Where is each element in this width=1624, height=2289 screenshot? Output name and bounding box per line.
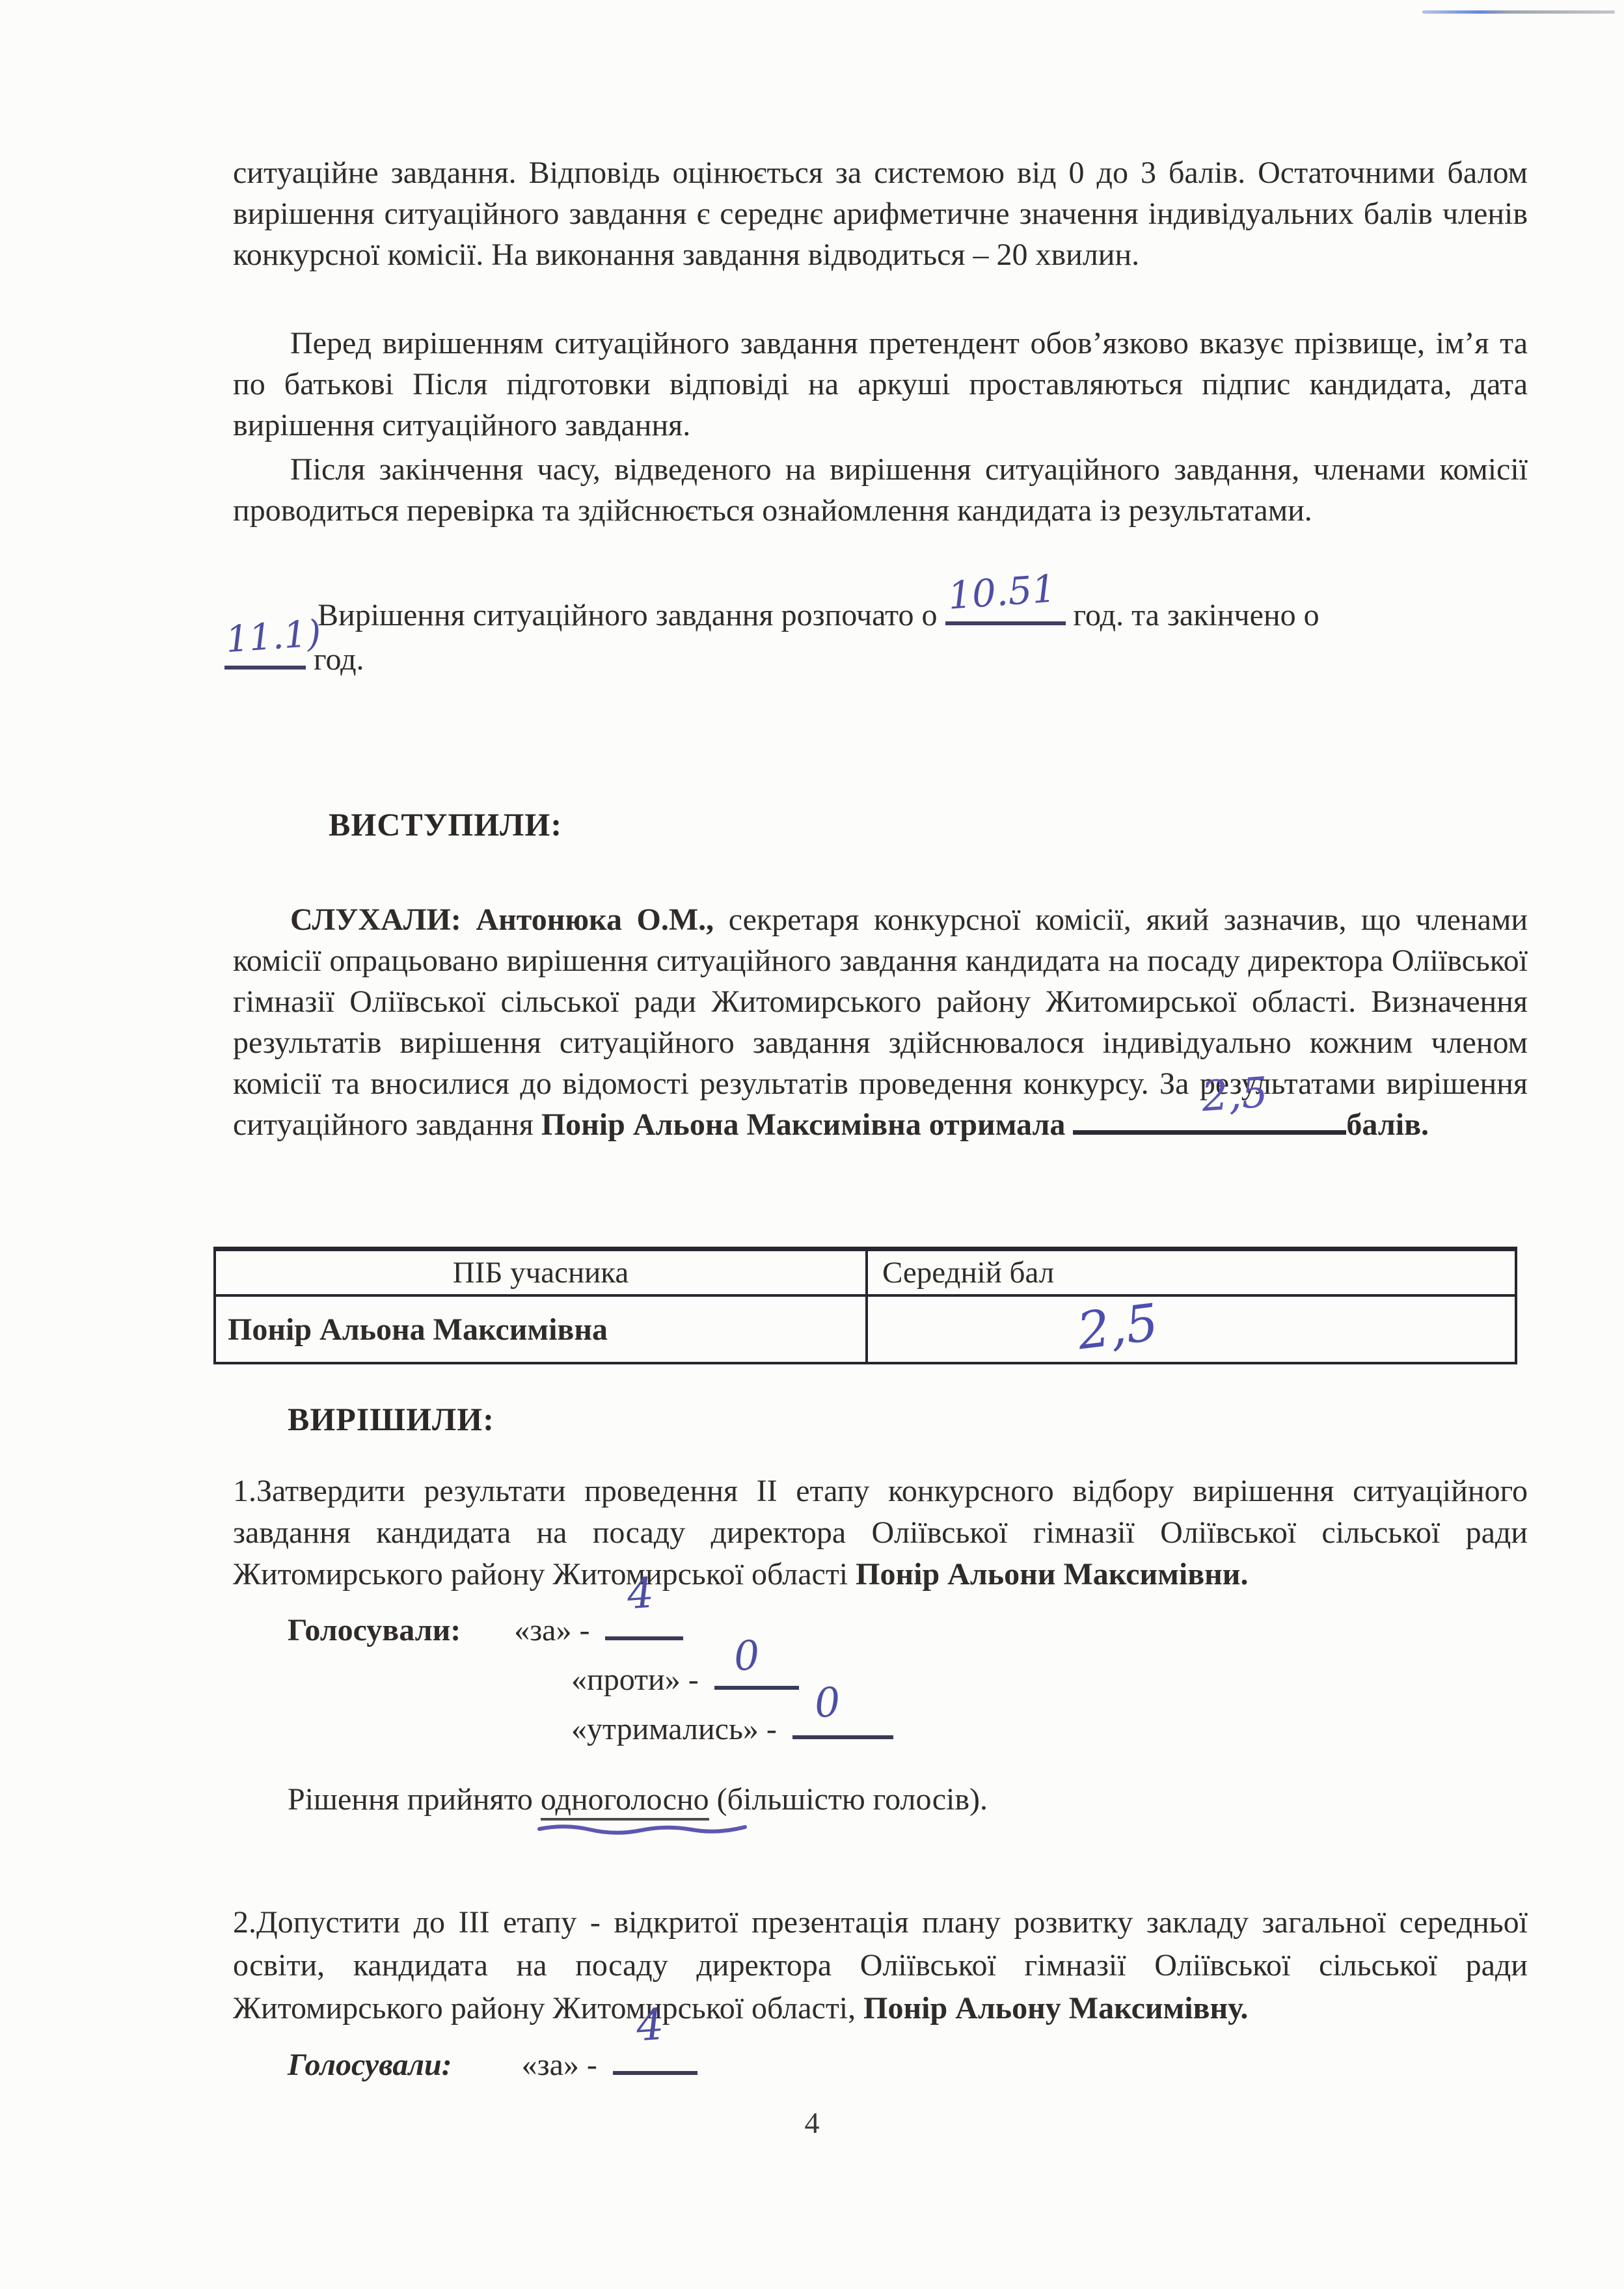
slukhaly-candidate: Понір Альона Максимівна отримала (541, 1107, 1066, 1142)
vote-line-utrymalys: «утримались» - 0 (571, 1709, 893, 1750)
vote-line-za-1: Голосували: «за» - 4 (288, 1610, 683, 1651)
paragraph-review: Після закінчення часу, відведеного на ви… (233, 449, 1528, 531)
slukhaly-body: секретаря конкурсної комісії, який зазна… (233, 902, 1528, 1142)
timing-prefix: Вирішення ситуаційного завдання розпочат… (318, 598, 938, 632)
vote-za-2-label: «за» - (522, 2048, 597, 2082)
vote-label-2: Голосували: (288, 2048, 452, 2082)
handwritten-end-time: 11.1) (224, 613, 323, 660)
table-row: Понір Альона Максимівна 2,5 (216, 1297, 1515, 1362)
paragraph-decision-2: 2.Допустити до ІІІ етапу - відкритої пре… (233, 1901, 1528, 2030)
table-cell-candidate-name: Понір Альона Максимівна (216, 1312, 608, 1348)
vote-za-blank: 4 (605, 1629, 683, 1640)
scanned-protocol-page: ситуаційне завдання. Відповідь оцінюєтьс… (0, 0, 1624, 2289)
slukhaly-speaker: Антонюка О.М., (476, 902, 714, 937)
vote-line-za-2: Голосували: «за» - 4 (288, 2044, 697, 2085)
heading-vyrishyly: ВИРІШИЛИ: (288, 1400, 494, 1438)
resolution-after: (більшістю голосів). (709, 1782, 988, 1817)
handwritten-start-time: 10.51 (947, 568, 1057, 616)
page-number: 4 (0, 2106, 1624, 2140)
heading-vystupyly: ВИСТУПИЛИ: (329, 806, 562, 843)
resolution-note-line: Рішення прийнято одноголосно (більшістю … (288, 1779, 988, 1820)
vote-za-2-blank: 4 (613, 2063, 697, 2075)
start-time-blank: 10.51 (945, 614, 1066, 625)
slukhaly-label: СЛУХАЛИ: (290, 902, 461, 937)
score-blank: 2,5 (1073, 1122, 1346, 1135)
table-header-score: Середній бал (868, 1251, 1515, 1294)
vote-label-1: Голосували: (288, 1613, 461, 1647)
timing-line-2: 11.1) год. (224, 639, 364, 680)
vote-proty-blank: 0 (714, 1678, 799, 1690)
paragraph-slukhaly: СЛУХАЛИ: Антонюка О.М., секретаря конкур… (233, 899, 1528, 1145)
vote-za-label: «за» - (514, 1613, 589, 1647)
decision1-candidate: Понір Альони Максимівни. (856, 1557, 1248, 1591)
paragraph-scoring-rules: ситуаційне завдання. Відповідь оцінюєтьс… (233, 152, 1528, 275)
timing-line-1: Вирішення ситуаційного завдання розпочат… (233, 595, 1319, 636)
handwritten-vote-utrymalys: 0 (813, 1681, 842, 1724)
vote-proty-label: «проти» - (571, 1662, 699, 1697)
handwritten-vote-proty: 0 (733, 1634, 761, 1677)
handwritten-vote-za: 4 (626, 1573, 655, 1616)
decision2-candidate: Понір Альону Максимівну. (863, 1991, 1248, 2025)
end-time-blank: 11.1) (224, 658, 306, 670)
vote-line-proty: «проти» - 0 (571, 1659, 799, 1700)
slukhaly-after-blank: балів. (1346, 1107, 1429, 1142)
table-header-row: ПІБ учасника Середній бал (216, 1251, 1515, 1297)
paragraph-decision-1: 1.Затвердити результати проведення ІІ ет… (233, 1470, 1528, 1595)
pen-wavy-underline (535, 1822, 750, 1835)
paragraph-before-task: Перед вирішенням ситуаційного завдання п… (233, 323, 1528, 446)
timing-middle: год. та закінчено о (1074, 598, 1319, 632)
scan-artifact-line (1422, 10, 1615, 14)
table-cell-handwritten-score: 2,5 (1074, 1293, 1161, 1361)
vote-utrymalys-blank: 0 (792, 1727, 893, 1739)
handwritten-score: 2,5 (1143, 1072, 1269, 1122)
vote-utrymalys-label: «утримались» - (571, 1712, 777, 1746)
table-header-name: ПІБ учасника (216, 1251, 868, 1294)
resolution-before: Рішення прийнято (288, 1782, 541, 1817)
handwritten-vote-za-2: 4 (635, 2004, 665, 2047)
results-table: ПІБ учасника Середній бал Понір Альона М… (213, 1247, 1517, 1364)
resolution-underlined-word: одноголосно (541, 1782, 709, 1821)
